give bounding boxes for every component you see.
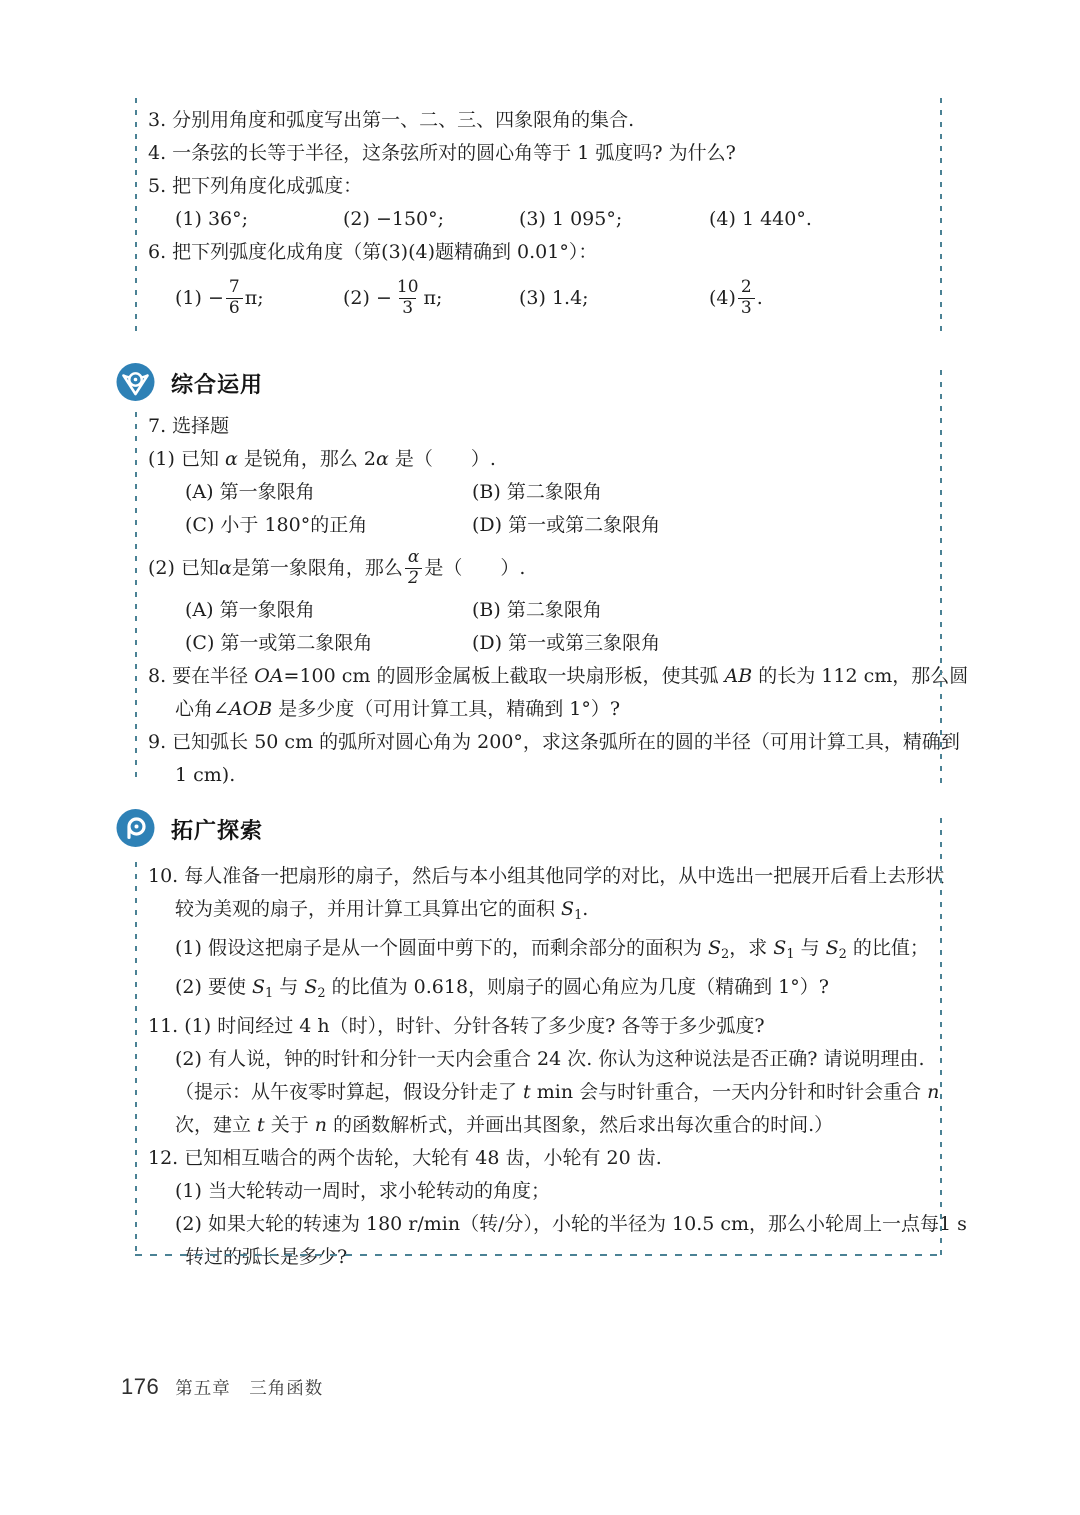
exercise-7-1-options-cd: (C) 小于 180°的正角 (D) 第一或第二象限角 bbox=[148, 509, 942, 542]
dashed-border-right bbox=[940, 818, 942, 1256]
exercise-7-2-option-d: (D) 第一或第三象限角 bbox=[472, 627, 942, 660]
exercise-7-2-option-b: (B) 第二象限角 bbox=[472, 594, 942, 627]
section-title: 拓广探索 bbox=[171, 814, 263, 845]
exercise-7-2-options-cd: (C) 第一或第二象限角 (D) 第一或第三象限角 bbox=[148, 627, 942, 660]
exercise-7-2-options-ab: (A) 第一象限角 (B) 第二象限角 bbox=[148, 594, 942, 627]
exercise-11-hint-line1: （提示：从午夜零时算起，假设分针走了 t min 会与时针重合，一天内分针和时针… bbox=[148, 1076, 942, 1109]
exercise-10-part-2: (2) 要使 S1 与 S2 的比值为 0.618，则扇子的圆心角应为几度（精确… bbox=[148, 971, 942, 1010]
exercise-6-part-1: (1) −76π; bbox=[175, 279, 343, 318]
chapter-label: 第五章 三角函数 bbox=[175, 1375, 323, 1400]
exercise-6-parts: (1) −76π; (2) −103π; (3) 1.4; (4) 23. bbox=[148, 269, 942, 327]
exercise-11-part-1: 11. (1) 时间经过 4 h（时），时针、分针各转了多少度? 各等于多少弧度… bbox=[148, 1010, 942, 1043]
exercise-8-line2: 心角∠AOB 是多少度（可用计算工具，精确到 1°）? bbox=[148, 693, 942, 726]
exercise-6-part-3: (3) 1.4; bbox=[519, 282, 709, 315]
section-title: 综合运用 bbox=[171, 368, 263, 399]
exercise-block-practice: 3. 分别用角度和弧度写出第一、二、三、四象限角的集合. 4. 一条弦的长等于半… bbox=[135, 98, 942, 336]
exercise-9-line2: 1 cm). bbox=[148, 759, 942, 792]
exercise-5-part-4: (4) 1 440°. bbox=[709, 203, 942, 236]
exercise-11-part-2: (2) 有人说，钟的时针和分针一天内会重合 24 次. 你认为这种说法是否正确?… bbox=[148, 1043, 942, 1076]
section-header: 综合运用 bbox=[113, 360, 942, 406]
exercise-10-line1: 10. 每人准备一把扇形的扇子，然后与本小组其他同学的对比，从中选出一把展开后看… bbox=[148, 860, 942, 893]
exercise-7-1-option-c: (C) 小于 180°的正角 bbox=[185, 509, 472, 542]
exercise-7-1-option-b: (B) 第二象限角 bbox=[472, 476, 942, 509]
exercise-7-2-option-a: (A) 第一象限角 bbox=[185, 594, 472, 627]
dashed-border-right bbox=[940, 370, 942, 784]
dashed-border-right bbox=[940, 98, 942, 336]
page-number: 176 bbox=[121, 1374, 159, 1400]
exercise-6-part-4: (4) 23. bbox=[709, 279, 942, 318]
exercise-12-part-2-line1: (2) 如果大轮的转速为 180 r/min（转/分），小轮的半径为 10.5 … bbox=[148, 1208, 942, 1241]
dashed-border-bottom bbox=[135, 1254, 942, 1256]
spiral-badge-icon bbox=[113, 807, 158, 852]
page-footer: 176 第五章 三角函数 bbox=[121, 1374, 323, 1400]
exercise-10-part-1: (1) 假设这把扇子是从一个圆面中剪下的，而剩余部分的面积为 S2，求 S1 与… bbox=[148, 932, 942, 971]
exercise-7-1-option-a: (A) 第一象限角 bbox=[185, 476, 472, 509]
compass-badge-icon bbox=[113, 361, 158, 406]
exercise-9-line1: 9. 已知弧长 50 cm 的弧所对圆心角为 200°，求这条弧所在的圆的半径（… bbox=[148, 726, 942, 759]
exercise-7-1-stem: (1) 已知 α 是锐角，那么 2α 是（ ）. bbox=[148, 443, 942, 476]
exercise-6-title: 6. 把下列弧度化成角度（第(3)(4)题精确到 0.01°）： bbox=[148, 236, 942, 269]
section-header: 拓广探索 bbox=[113, 806, 942, 852]
exercise-5-part-1: (1) 36°; bbox=[175, 203, 343, 236]
exercise-7-title: 7. 选择题 bbox=[148, 410, 942, 443]
exercise-12-part-1: (1) 当大轮转动一周时，求小轮转动的角度； bbox=[148, 1175, 942, 1208]
dashed-border-left bbox=[135, 412, 137, 784]
exercise-6-part-2: (2) −103π; bbox=[343, 279, 519, 318]
exercise-5-title: 5. 把下列角度化成弧度： bbox=[148, 170, 942, 203]
exercise-12-line1: 12. 已知相互啮合的两个齿轮，大轮有 48 齿，小轮有 20 齿. bbox=[148, 1142, 942, 1175]
exercise-7-1-options-ab: (A) 第一象限角 (B) 第二象限角 bbox=[148, 476, 942, 509]
exercise-5-part-3: (3) 1 095°; bbox=[519, 203, 709, 236]
exercise-7-2-option-c: (C) 第一或第二象限角 bbox=[185, 627, 472, 660]
exercise-5-part-2: (2) −150°; bbox=[343, 203, 519, 236]
exercise-5-parts: (1) 36°; (2) −150°; (3) 1 095°; (4) 1 44… bbox=[148, 203, 942, 236]
exercise-12-part-2-line2: 转过的弧长是多少? bbox=[148, 1241, 942, 1274]
exercise-8-line1: 8. 要在半径 OA=100 cm 的圆形金属板上截取一块扇形板，使其弧 AB … bbox=[148, 660, 942, 693]
section-comprehensive-application: 综合运用 7. 选择题 (1) 已知 α 是锐角，那么 2α 是（ ）. (A)… bbox=[135, 360, 942, 784]
section-expansion-exploration: 拓广探索 10. 每人准备一把扇形的扇子，然后与本小组其他同学的对比，从中选出一… bbox=[135, 806, 942, 1256]
textbook-page: 3. 分别用角度和弧度写出第一、二、三、四象限角的集合. 4. 一条弦的长等于半… bbox=[0, 0, 1080, 1515]
dashed-border-left bbox=[135, 862, 137, 1256]
exercise-4: 4. 一条弦的长等于半径，这条弦所对的圆心角等于 1 弧度吗? 为什么? bbox=[148, 137, 942, 170]
exercise-10-line2: 较为美观的扇子，并用计算工具算出它的面积 S1. bbox=[148, 893, 942, 932]
exercise-11-hint-line2: 次，建立 t 关于 n 的函数解析式，并画出其图象，然后求出每次重合的时间.） bbox=[148, 1109, 942, 1142]
exercise-7-2-stem: (2) 已知 α 是第一象限角，那么α2是（ ）. bbox=[148, 542, 942, 594]
dashed-border-left bbox=[135, 98, 137, 336]
exercise-7-1-option-d: (D) 第一或第二象限角 bbox=[472, 509, 942, 542]
exercise-3: 3. 分别用角度和弧度写出第一、二、三、四象限角的集合. bbox=[148, 104, 942, 137]
